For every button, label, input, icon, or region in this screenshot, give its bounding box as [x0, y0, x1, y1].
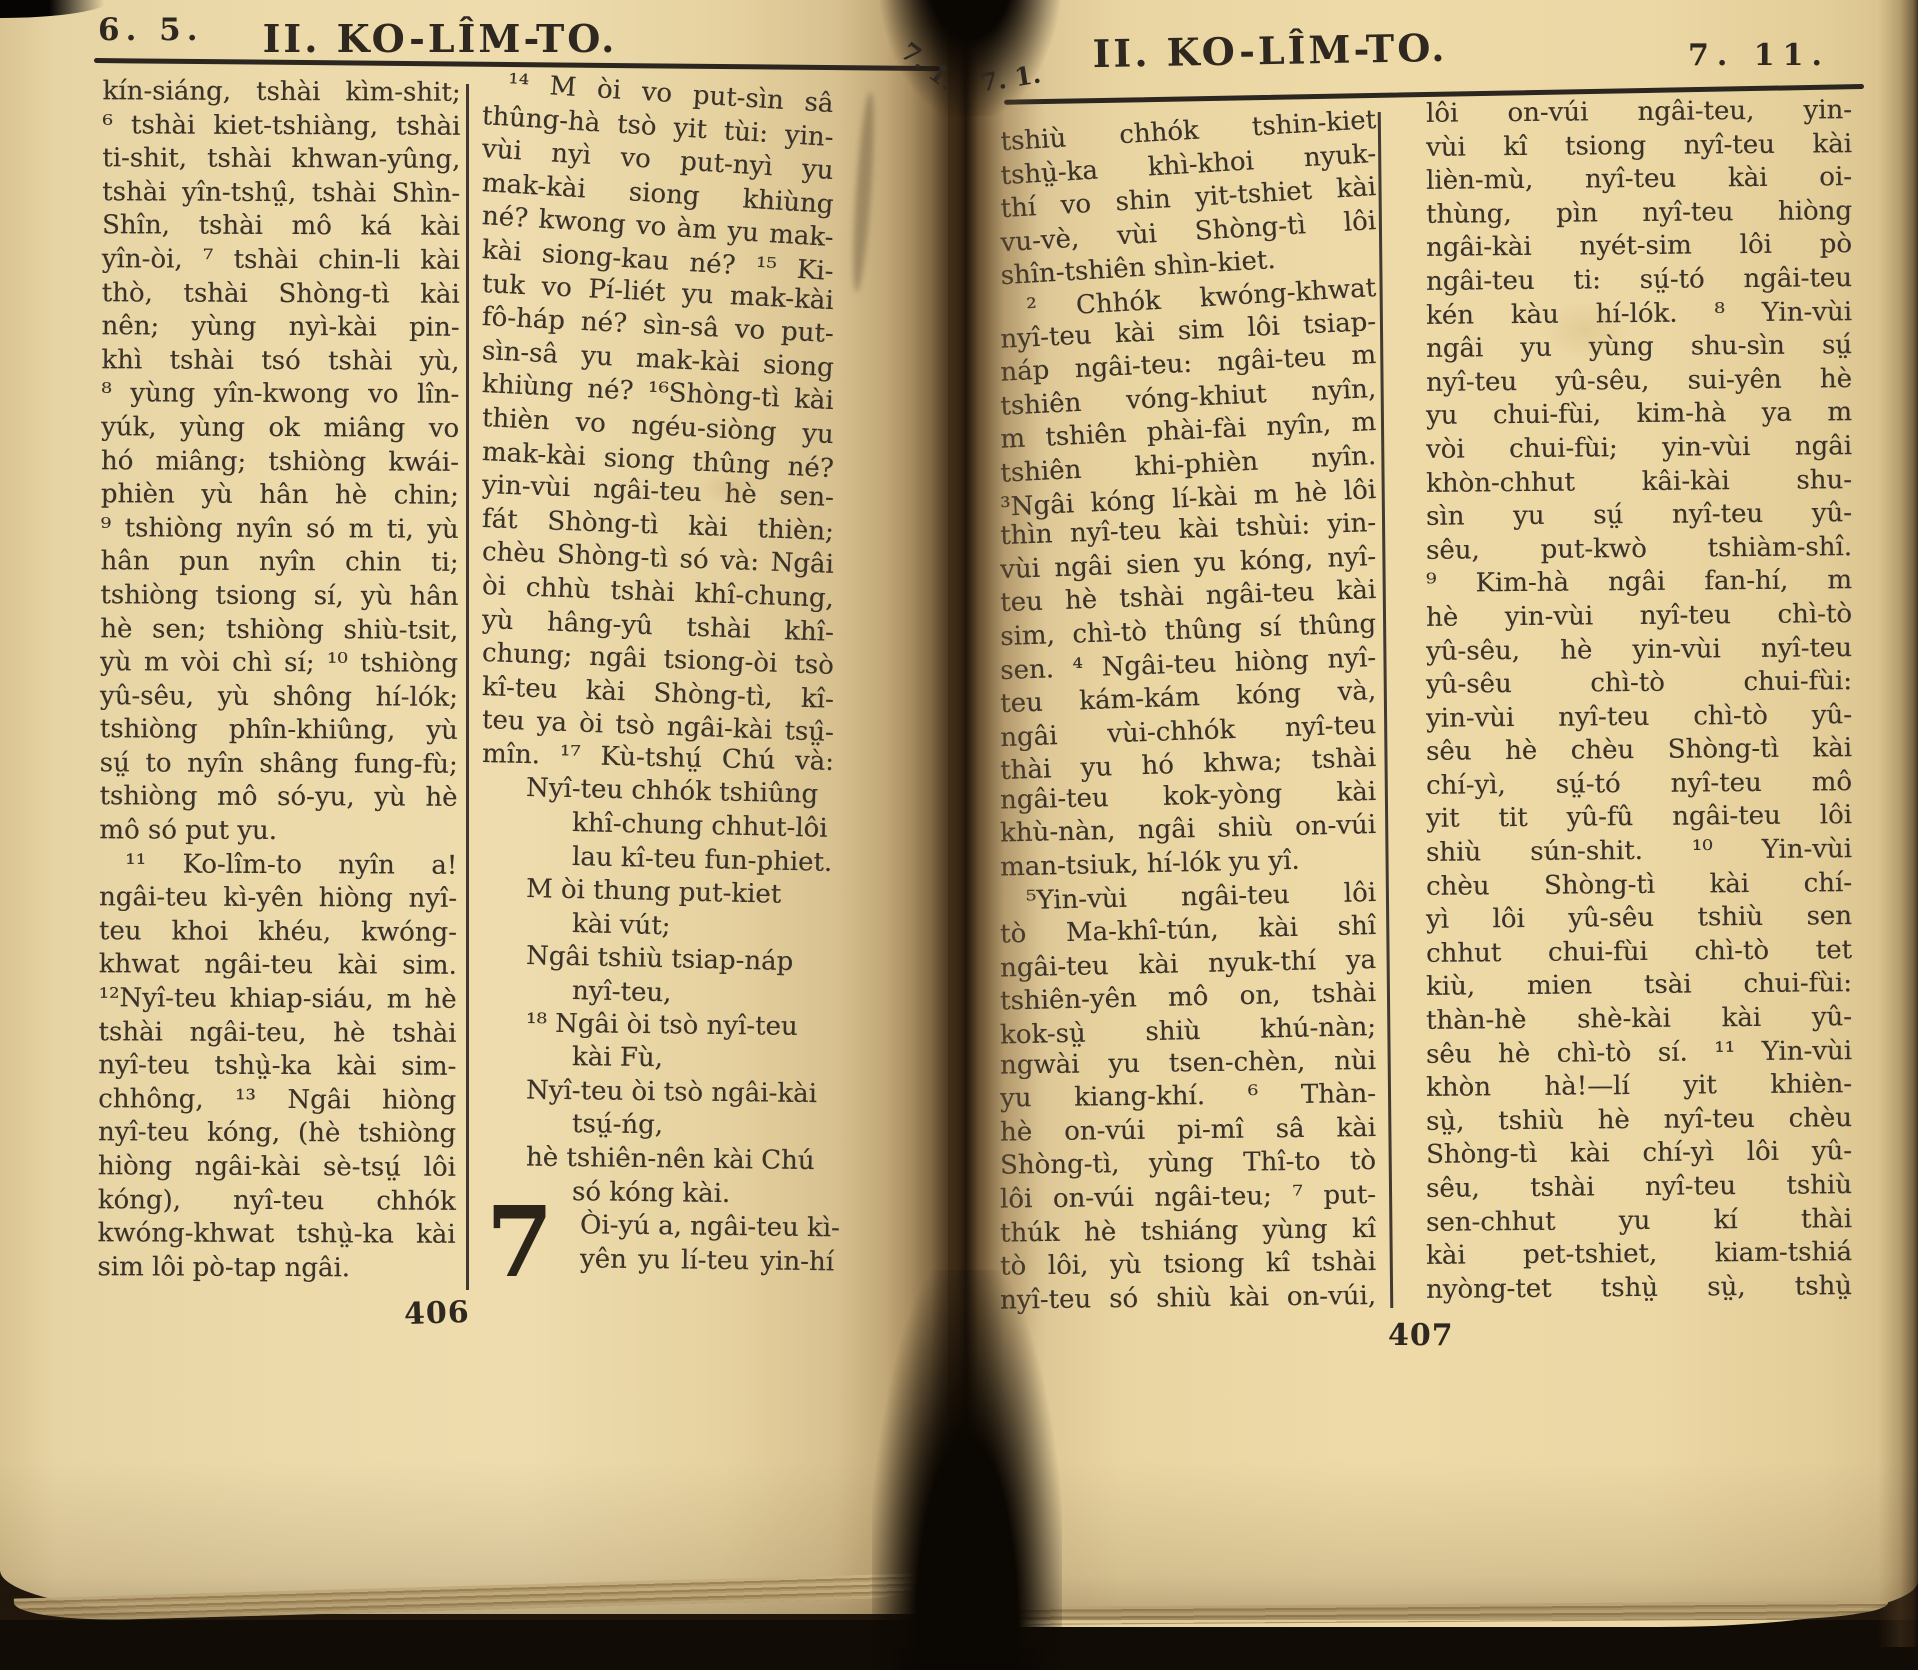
text-line: sen-chhut yu kí thài: [1426, 1203, 1852, 1240]
text-line: tshài ngâi-teu, hè tshài: [98, 1016, 456, 1051]
text-line: ngâi yu yùng shu-sìn sṳ́: [1426, 329, 1852, 366]
left-page-number: 406: [403, 1295, 470, 1332]
text-line: yúk, yùng ok miâng vo: [101, 411, 459, 446]
text-line: khwat ngâi-teu kài sim.: [99, 949, 457, 984]
text-line: Shîn, tshài mô ká kài: [102, 210, 460, 245]
right-page-number: 407: [1388, 1318, 1454, 1353]
book-scan: 6. 5. II. KO-LÎM-TO. kín-siáng, tshài kì…: [0, 0, 1918, 1647]
text-line: yû-sêu chì-tò chui-fùi:: [1426, 665, 1852, 702]
text-line: chèu Shòng-tì kài chí-: [1426, 867, 1852, 904]
text-line: hân pun nyîn chin ti;: [100, 546, 458, 581]
text-line: shiù sún-shit. ¹⁰ Yin-vùi: [1426, 833, 1852, 870]
text-line: yit tit yû-fû ngâi-teu lôi: [1426, 800, 1852, 837]
text-line: mô só put yu.: [99, 814, 457, 849]
text-line: kóng), nyî-teu chhók: [98, 1184, 456, 1219]
text-line: yu chui-fùi, kim-hà ya m: [1426, 396, 1852, 433]
text-line: hè sen; tshiòng shiù-tsit,: [100, 613, 458, 648]
text-line: tshiòng phîn-khiûng, yù: [100, 713, 458, 748]
text-line: sṳ̀, tshiù hè nyî-teu chèu: [1426, 1102, 1852, 1139]
text-line: hó miâng; tshiòng kwái-: [101, 445, 459, 480]
text-line: nên; yùng nyì-kài pin-: [101, 310, 459, 345]
text-line: sim lôi pò-tap ngâi.: [97, 1251, 455, 1286]
text-line: lôi on-vúi ngâi-teu; ⁷ put-: [1000, 1179, 1376, 1217]
text-line: ¹⁸ Ngâi òi tsò nyî-teu: [482, 1007, 834, 1045]
right-column-2: lôi on-vúi ngâi-teu, yin-vùi kî tsiong n…: [1426, 96, 1852, 1305]
text-line: yîn-òi, ⁷ tshài chin-li kài: [102, 243, 460, 278]
right-column-1: tshiù chhók tshin-kiettshṳ̀-ka khì-khoi …: [1000, 104, 1376, 1313]
text-line: kài Fù,: [482, 1040, 834, 1078]
text-line: chí-yì, sṳ́-tó nyî-teu mô: [1426, 766, 1852, 803]
left-column-2: ¹⁴ M òi vo put-sìn sâthûng-hà tsò yit tù…: [482, 66, 834, 1275]
text-line: Shòng-tì, yùng Thî-to tò: [1000, 1145, 1376, 1183]
text-line: khì tshài tsó tshài yù,: [101, 344, 459, 379]
text-line: sêu, put-kwò tshiàm-shî.: [1426, 531, 1852, 568]
text-line: nyî-teu yû-sêu, sui-yên hè: [1426, 363, 1852, 400]
text-line: vùi kî tsiong nyî-teu kài: [1426, 128, 1852, 165]
chapter-number-drop-cap: 7: [486, 1196, 554, 1288]
left-running-head-title: II. KO-LÎM-TO.: [250, 16, 630, 61]
text-line: ti-shit, tshài khwan-yûng,: [102, 142, 460, 177]
text-line: kwóng-khwat tshṳ̀-ka kài: [98, 1217, 456, 1252]
text-line: ngâi-teu kì-yên hiòng nyî-: [99, 881, 457, 916]
text-line: teu khoi khéu, kwóng-: [99, 915, 457, 950]
text-line: khòn hà!—lí yit khièn-: [1426, 1068, 1852, 1105]
text-line: tshiòng mô só-yu, yù hè: [99, 781, 457, 816]
text-line: ⁶ tshài kiet-tshiàng, tshài: [102, 109, 460, 144]
text-line: lôi on-vúi ngâi-teu, yin-: [1426, 94, 1852, 131]
text-line: ¹¹ Ko-lîm-to nyîn a!: [99, 848, 457, 883]
text-line: thò, tshài Shòng-tì kài: [102, 277, 460, 312]
text-line: yì lôi yû-sêu tshiù sen: [1426, 900, 1852, 937]
text-line: kiù, mien tsài chui-fùi:: [1426, 968, 1852, 1005]
text-line: yû-sêu, yù shông hí-lók;: [100, 680, 458, 715]
text-line: kén kàu hí-lók. ⁸ Yin-vùi: [1426, 296, 1852, 333]
text-line: yù m vòi chì sí; ¹⁰ tshiòng: [100, 646, 458, 681]
text-line: nyòng-tet tshṳ̀ sṳ̀, tshṳ̀: [1426, 1270, 1852, 1307]
text-line: ngâi-teu ti: sṳ́-tó ngâi-teu: [1426, 262, 1852, 299]
text-line: vòi chui-fùi; yin-vùi ngâi: [1426, 430, 1852, 467]
text-line: tsṳ́-ńg,: [482, 1107, 834, 1145]
text-line: phièn yù hân hè chin;: [101, 478, 459, 513]
text-line: nyî-teu só shiù kài on-vúi,: [1000, 1280, 1376, 1318]
text-line: yû-sêu, hè yin-vùi nyî-teu: [1426, 632, 1852, 669]
text-line: ngwài yu tsen-chèn, nùi: [1000, 1045, 1376, 1083]
text-line: thàn-hè shè-kài kài yû-: [1426, 1001, 1852, 1038]
right-running-head-title: II. KO-LÎM-TO.: [1060, 24, 1481, 76]
text-line: sêu hè chì-tò sí. ¹¹ Yin-vùi: [1426, 1035, 1852, 1072]
text-line: tshài yîn-tshṳ̂, tshài Shìn-: [102, 176, 460, 211]
text-line: Nyî-teu òi tsò ngâi-kài: [482, 1074, 834, 1112]
text-line: kín-siáng, tshài kìm-shit;: [102, 75, 460, 110]
text-line: thùng, pìn nyî-teu hiòng: [1426, 195, 1852, 232]
text-line: tò lôi, yù tsiong kî tshài: [1000, 1246, 1376, 1284]
text-line: ⁹ tshiòng nyîn só m ti, yù: [101, 512, 459, 547]
text-line: khòn-chhut kâi-kài shu-: [1426, 464, 1852, 501]
text-line: tshiòng tsiong sí, yù hân: [100, 579, 458, 614]
text-line: ngâi-kài nyét-sim lôi pò: [1426, 229, 1852, 266]
text-line: hè yin-vùi nyî-teu chì-tò: [1426, 598, 1852, 635]
text-line: hiòng ngâi-kài sè-tsṳ́ lôi: [98, 1150, 456, 1185]
text-line: yin-vùi nyî-teu chì-tò yû-: [1426, 699, 1852, 736]
text-line: ⁹ Kim-hà ngâi fan-hí, m: [1426, 564, 1852, 601]
text-line: sṳ́ to nyîn shâng fung-fù;: [100, 747, 458, 782]
right-running-head-ref: 7. 11.: [1688, 38, 1830, 73]
text-line: kài pet-tshiet, kiam-tshiá: [1426, 1236, 1852, 1273]
text-line: hè tshiên-nên kài Chú: [482, 1141, 834, 1179]
text-line: hè on-vúi pi-mî sâ kài: [1000, 1112, 1376, 1150]
text-line: lièn-mù, nyî-teu kài oi-: [1426, 161, 1852, 198]
text-line: nyî-teu kóng, (hè tshiòng: [98, 1117, 456, 1152]
text-line: chhut chui-fùi chì-tò tet: [1426, 934, 1852, 971]
text-line: chhông, ¹³ Ngâi hiòng: [98, 1083, 456, 1118]
left-column-1: kín-siáng, tshài kìm-shit;⁶ tshài kiet-t…: [97, 75, 460, 1286]
text-line: nyî-teu tshṳ̀-ka kài sim-: [98, 1049, 456, 1084]
text-line: sêu hè chèu Shòng-tì kài: [1426, 732, 1852, 769]
text-line: yu kiang-khí. ⁶ Thàn-: [1000, 1078, 1376, 1116]
text-line: ¹²Nyî-teu khiap-siáu, m hè: [99, 982, 457, 1017]
text-line: ⁸ yùng yîn-kwong vo lîn-: [101, 378, 459, 413]
text-line: thúk hè tshiáng yùng kî: [1000, 1213, 1376, 1251]
left-column-divider: [466, 84, 469, 1290]
text-line: sêu, tshài nyî-teu tshiù: [1426, 1169, 1852, 1206]
left-running-head-ref: 6. 5.: [98, 12, 204, 48]
text-line: sìn yu sṳ́ nyî-teu yû-: [1426, 497, 1852, 534]
text-line: Shòng-tì kài chí-yì lôi yû-: [1426, 1136, 1852, 1173]
